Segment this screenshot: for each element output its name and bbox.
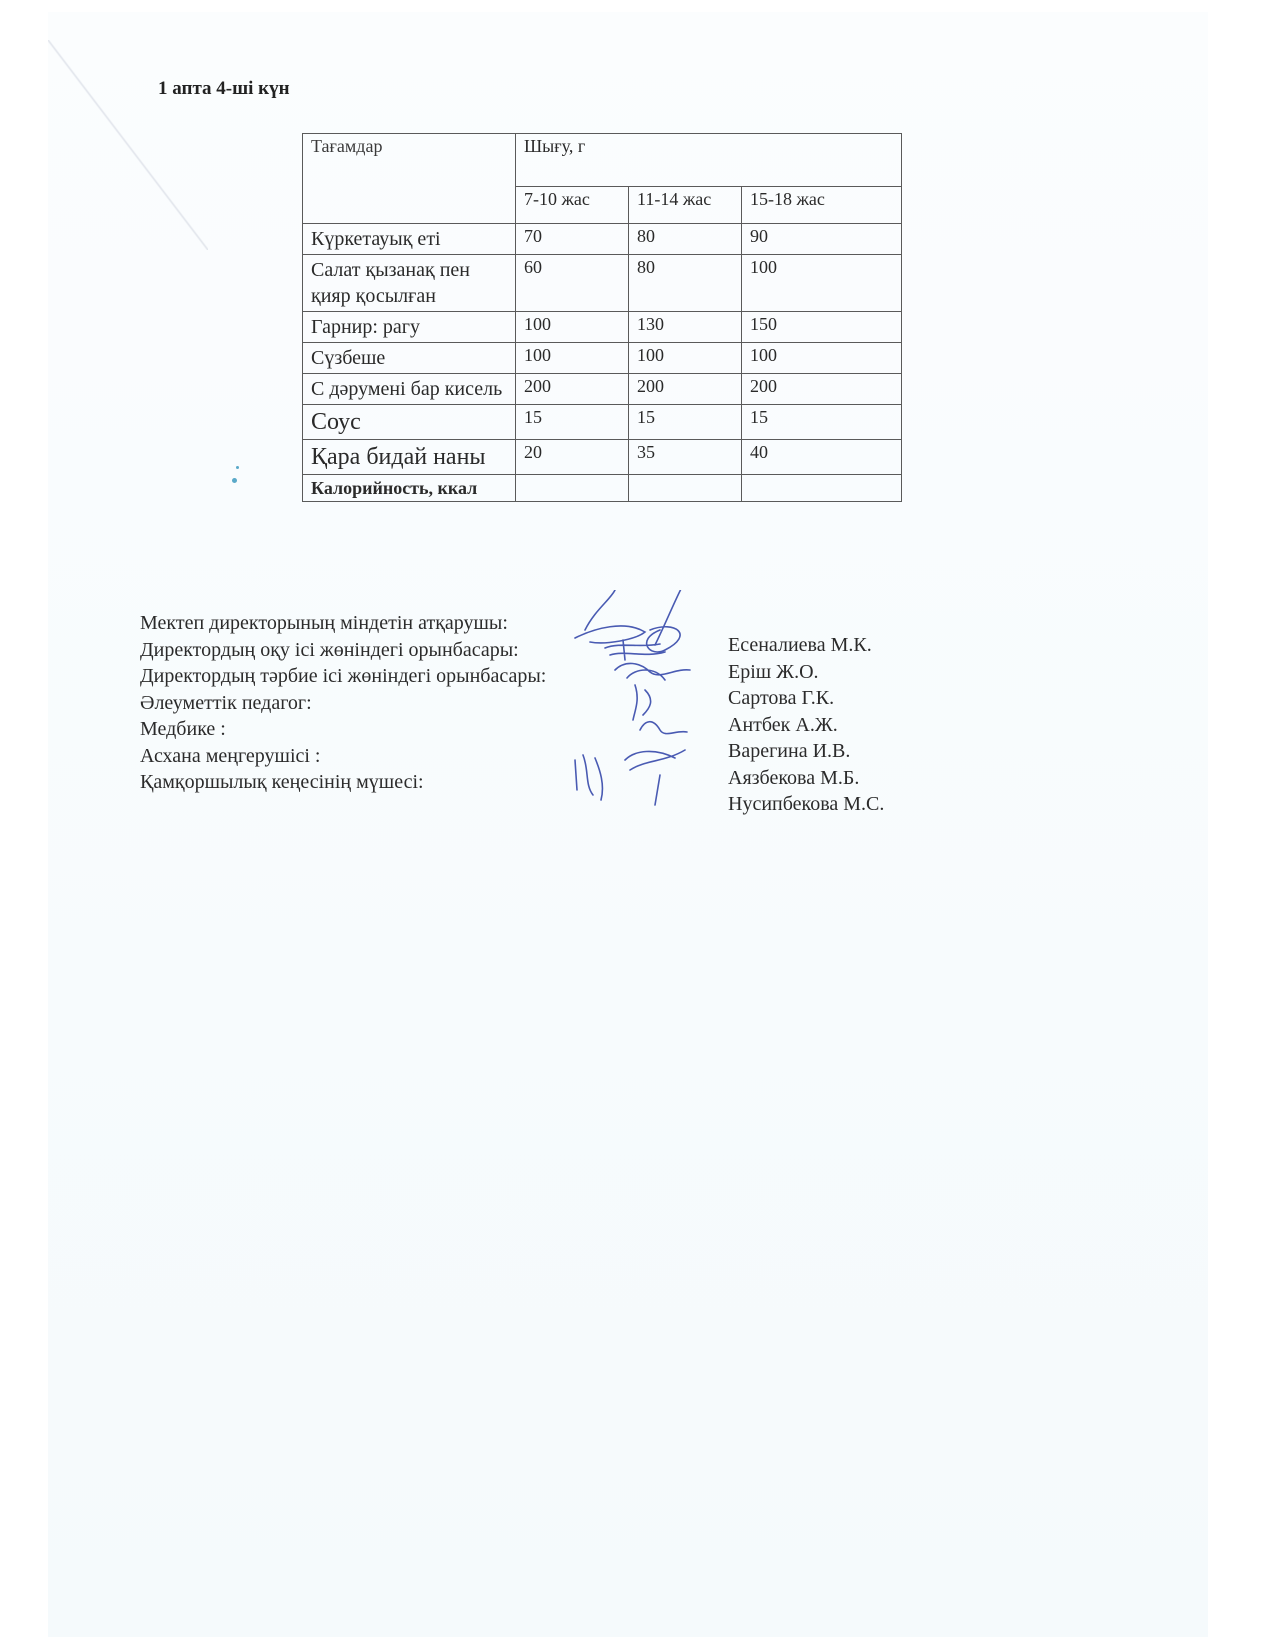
value-cell: 200 (742, 374, 902, 405)
value-cell (742, 475, 902, 502)
value-cell: 20 (516, 440, 629, 475)
scan-speck (236, 466, 239, 469)
table-row-calories: Калорийность, ккал (303, 475, 902, 502)
role-label: Мектеп директорының міндетін атқарушы: (140, 610, 546, 637)
signatory-name: Есеналиева М.К. (728, 632, 884, 659)
dish-name: Соус (303, 405, 516, 440)
table-row: Соус 15 15 15 (303, 405, 902, 440)
table-row: Қара бидай наны 20 35 40 (303, 440, 902, 475)
page-heading: 1 апта 4-ші күн (158, 78, 290, 100)
value-cell: 200 (516, 374, 629, 405)
value-cell: 35 (629, 440, 742, 475)
table-row: Гарнир: рагу 100 130 150 (303, 312, 902, 343)
value-cell: 100 (516, 312, 629, 343)
header-age-11-14: 11-14 жас (629, 187, 742, 224)
signatory-roles: Мектеп директорының міндетін атқарушы: Д… (140, 610, 546, 796)
header-age-15-18: 15-18 жас (742, 187, 902, 224)
signatory-name: Варегина И.В. (728, 738, 884, 765)
scan-speck (232, 478, 237, 483)
dish-name: Күркетауық еті (303, 224, 516, 255)
handwritten-signatures-icon (565, 590, 735, 820)
value-cell: 100 (516, 343, 629, 374)
signatory-name: Еріш Ж.О. (728, 659, 884, 686)
table-row: Сүзбеше 100 100 100 (303, 343, 902, 374)
table-row: Күркетауық еті 70 80 90 (303, 224, 902, 255)
value-cell: 100 (742, 343, 902, 374)
role-label: Асхана меңгерушісі : (140, 743, 546, 770)
dish-name: Қара бидай наны (303, 440, 516, 475)
value-cell (629, 475, 742, 502)
dish-name: С дәрумені бар кисель (303, 374, 516, 405)
dish-name: Салат қызанақ пен қияр қосылған (303, 255, 516, 312)
value-cell: 70 (516, 224, 629, 255)
value-cell: 80 (629, 224, 742, 255)
header-age-7-10: 7-10 жас (516, 187, 629, 224)
value-cell: 100 (742, 255, 902, 312)
value-cell: 150 (742, 312, 902, 343)
value-cell: 200 (629, 374, 742, 405)
role-label: Қамқоршылық кеңесінің мүшесі: (140, 769, 546, 796)
value-cell (516, 475, 629, 502)
table-row: Салат қызанақ пен қияр қосылған 60 80 10… (303, 255, 902, 312)
dish-name: Гарнир: рагу (303, 312, 516, 343)
role-label: Директордың оқу ісі жөніндегі орынбасары… (140, 637, 546, 664)
header-dishes: Тағамдар (303, 134, 516, 224)
table-row: С дәрумені бар кисель 200 200 200 (303, 374, 902, 405)
role-label: Әлеуметтік педагог: (140, 690, 546, 717)
dish-name: Сүзбеше (303, 343, 516, 374)
header-output: Шығу, г (516, 134, 902, 187)
value-cell: 60 (516, 255, 629, 312)
scan-fold-mark (48, 40, 208, 250)
signatory-names: Есеналиева М.К. Еріш Ж.О. Сартова Г.К. А… (728, 632, 884, 818)
signatory-name: Нусипбекова М.С. (728, 791, 884, 818)
value-cell: 80 (629, 255, 742, 312)
role-label: Директордың тәрбие ісі жөніндегі орынбас… (140, 663, 546, 690)
signatory-name: Аязбекова М.Б. (728, 765, 884, 792)
value-cell: 15 (516, 405, 629, 440)
signatory-name: Антбек А.Ж. (728, 712, 884, 739)
signatory-name: Сартова Г.К. (728, 685, 884, 712)
value-cell: 40 (742, 440, 902, 475)
menu-table: Тағамдар Шығу, г 7-10 жас 11-14 жас 15-1… (302, 133, 902, 502)
value-cell: 90 (742, 224, 902, 255)
calories-label: Калорийность, ккал (303, 475, 516, 502)
value-cell: 130 (629, 312, 742, 343)
value-cell: 15 (742, 405, 902, 440)
value-cell: 15 (629, 405, 742, 440)
role-label: Медбике : (140, 716, 546, 743)
value-cell: 100 (629, 343, 742, 374)
